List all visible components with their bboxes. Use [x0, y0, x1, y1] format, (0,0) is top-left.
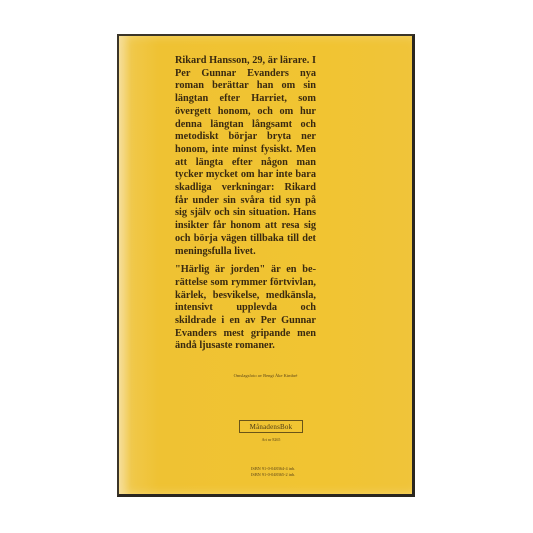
isbn-line-2: ISBN 91-0-048365-2 inb.: [251, 472, 295, 478]
publisher-logo: MånadensBok: [239, 420, 303, 433]
isbn-block: ISBN 91-0-048364-4 inb. ISBN 91-0-048365…: [251, 466, 295, 478]
book-back-cover: Rikard Hansson, 29, är lära­re. I Per Gu…: [117, 34, 415, 497]
article-number: Art nr 8265: [239, 437, 303, 442]
blurb-text: Rikard Hansson, 29, är lära­re. I Per Gu…: [175, 55, 316, 359]
cover-photo-credit: Omslagsfoto av Bengt Åke Kimbré: [119, 373, 412, 378]
blurb-paragraph-1: Rikard Hansson, 29, är lära­re. I Per Gu…: [175, 55, 316, 258]
blurb-paragraph-2: "Härlig är jorden" är en be­rättelse som…: [175, 264, 316, 353]
